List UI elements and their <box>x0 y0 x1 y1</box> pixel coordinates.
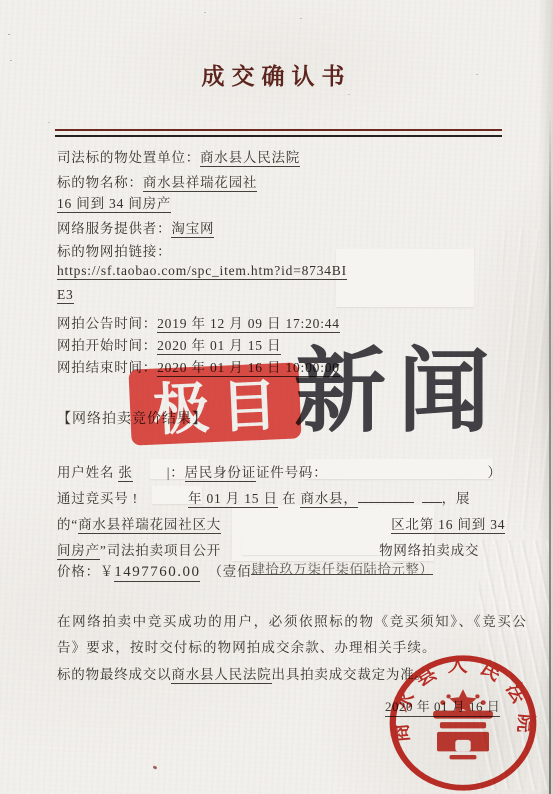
line-tail: ，展 <box>442 491 471 506</box>
property-range: 区北第 16 间到 34 <box>391 517 505 534</box>
disposal-unit-value: 商水县人民法院 <box>200 150 300 167</box>
page-title: 成交确认书 <box>0 58 553 91</box>
auction-link-url-2: E3 <box>57 287 74 304</box>
bid-county: 商水县， <box>300 491 357 508</box>
court-seal-graphic: 商水县人民法院 <box>386 652 540 794</box>
result-line-user: 用户姓名 张|：居民身份证证件号码：） <box>57 461 502 481</box>
field-auction-link-label: 标的物网拍链接： <box>57 240 171 260</box>
field-start-time: 网拍开始时间：2020 年 01 月 15 日 <box>57 334 281 354</box>
auction-link-label: 标的物网拍链接： <box>57 244 171 259</box>
start-time-label: 网拍开始时间： <box>57 338 157 353</box>
field-subject-name-line2: 16 间到 34 间房产 <box>57 192 171 212</box>
subject-name-label: 标的物名称： <box>57 175 143 190</box>
paper-wrinkles-upper <box>503 230 549 530</box>
blank-underline <box>358 488 414 503</box>
price-cn-clipped: 肆拾玖万柒仟柒佰陆拾元整） <box>251 562 433 575</box>
field-subject-name: 标的物名称：商水县祥瑞花园社 <box>57 171 257 191</box>
document-page: 成交确认书 司法标的物处置单位：商水县人民法院 标的物名称：商水县祥瑞花园社 1… <box>0 0 553 794</box>
quote-open: 的“ <box>57 517 78 532</box>
price-cn-tail: 肆拾玖万柒仟柒佰陆拾元整） <box>251 562 433 575</box>
scan-edge-line <box>549 110 551 794</box>
redaction-url <box>336 249 474 307</box>
price-amount: 1497760.00 <box>114 564 200 582</box>
auction-link-url: https://sf.taobao.com/spc_item.htm?id=87… <box>57 263 347 280</box>
deal-label: 物网络拍卖成交 <box>379 543 479 558</box>
subject-name-value: 商水县祥瑞花园社 <box>143 175 257 192</box>
field-auction-link-url-line2: E3 <box>57 287 74 303</box>
final-note: 标的物最终成交以商水县人民法院出具拍卖成交裁定为准。 <box>57 663 429 683</box>
watermark-suffix: 新闻 <box>294 346 502 438</box>
disposal-unit-label: 司法标的物处置单位： <box>57 150 200 165</box>
result-line-project: 间房产”司法拍卖项目公开物网络拍卖成交 <box>57 539 479 559</box>
subject-name-value2: 16 间到 34 间房产 <box>57 196 171 213</box>
service-provider-label: 网络服务提供者： <box>57 221 171 236</box>
project-label: ”司法拍卖项目公开 <box>100 543 221 558</box>
final-note-start: 标的物最终成交以 <box>57 667 171 682</box>
price-label: 价格： <box>57 564 100 579</box>
result-line-bid: 通过竞买号 !年 01 月 15 日 在 商水县，，展 <box>57 487 470 507</box>
result-line-property: 的“商水县祥瑞花园社区大区北第 16 间到 34 <box>57 513 505 533</box>
property-suffix: 间房产 <box>57 543 100 560</box>
separator: |： <box>167 465 185 480</box>
blank-underline <box>422 488 442 503</box>
ink-speck <box>153 765 158 770</box>
final-note-court: 商水县人民法院 <box>171 667 271 684</box>
close-paren: ） <box>488 465 502 480</box>
header-rule-top <box>55 129 502 131</box>
field-auction-link-url: https://sf.taobao.com/spc_item.htm?id=87… <box>57 263 347 279</box>
property-name: 商水县祥瑞花园社区大 <box>78 517 221 534</box>
user-name-label: 用户姓名 <box>57 465 118 480</box>
scan-specks <box>8 34 10 35</box>
bid-date: 年 01 月 15 日 <box>188 491 278 508</box>
start-time-value: 2020 年 01 月 15 日 <box>157 338 281 355</box>
header-rule-bottom <box>55 135 502 137</box>
watermark-badge: 极目 <box>128 362 301 445</box>
court-seal: 商水县人民法院 <box>386 652 540 794</box>
field-disposal-unit: 司法标的物处置单位：商水县人民法院 <box>57 146 300 166</box>
at: 在 <box>278 491 301 506</box>
bidder-number-label: 通过竞买号 ! <box>57 491 138 506</box>
announce-time-label: 网拍公告时间： <box>57 316 157 331</box>
id-type: 居民身份证 <box>185 465 257 482</box>
field-announce-time: 网拍公告时间：2019 年 12 月 09 日 17:20:44 <box>57 312 340 332</box>
currency-symbol: ￥ <box>100 564 114 579</box>
id-number-label: 证件号码： <box>256 465 328 480</box>
announce-time-value: 2019 年 12 月 09 日 17:20:44 <box>157 316 340 333</box>
price-cn-start: （壹佰 <box>208 564 251 579</box>
national-emblem-icon <box>433 689 493 759</box>
user-name-value: 张 <box>118 465 132 482</box>
field-service-provider: 网络服务提供者：淘宝网 <box>57 217 214 237</box>
service-provider-value: 淘宝网 <box>171 221 214 238</box>
result-line-price: 价格：￥1497760.00（壹佰肆拾玖万柒仟柒佰陆拾元整） <box>57 560 433 581</box>
